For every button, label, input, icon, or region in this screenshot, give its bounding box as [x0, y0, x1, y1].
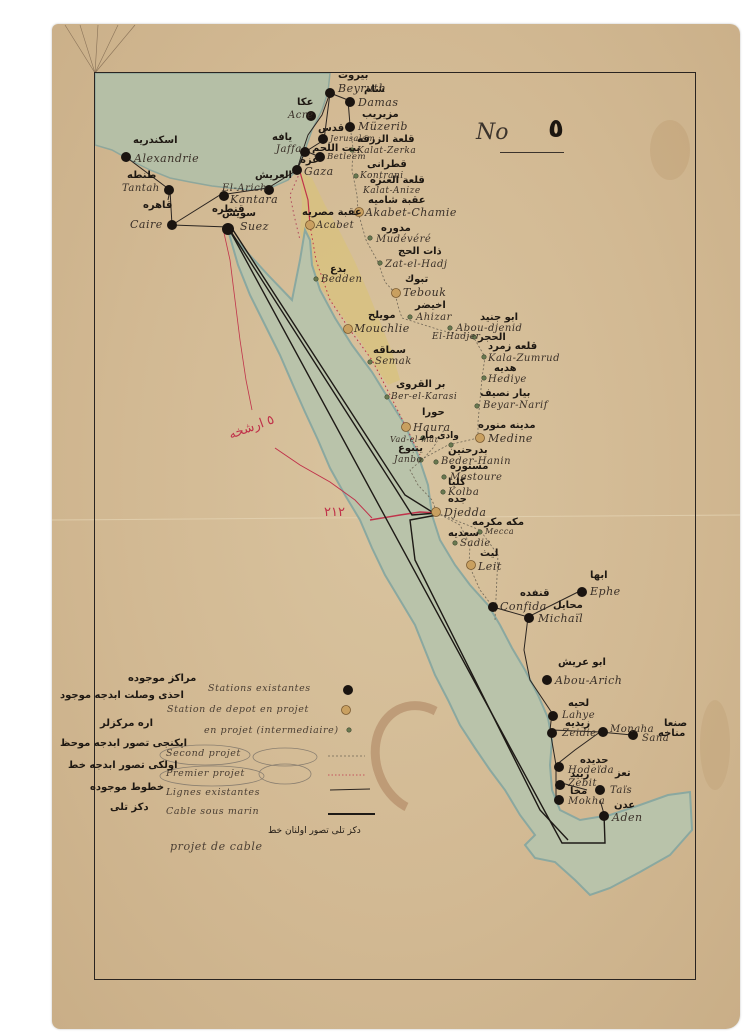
- legend-arabic-cable: دكز تلى: [110, 802, 149, 813]
- station-arabic-zeidie: زيديه: [565, 718, 590, 729]
- station-arabic-beyar-narif: بيار نصيف: [480, 388, 530, 399]
- station-arabic-sadie: سعديه: [448, 528, 479, 539]
- station-arabic-gaza: غزه: [300, 155, 319, 166]
- station-label-mecca: Mecca: [485, 527, 514, 536]
- station-label-janbo: Janbo: [394, 455, 422, 465]
- station-arabic-kalat-zerka: قلعة الزرقه: [357, 134, 415, 145]
- station-label-semak: Semak: [375, 356, 412, 367]
- station-arabic-acre: عكا: [297, 97, 313, 108]
- legend-arabic-intermediate: اره مركزلر: [100, 718, 153, 729]
- station-arabic-hodeida: حديده: [580, 755, 608, 766]
- legend-cable-project-arabic: دكز تلى تصور اولنان خط: [268, 826, 361, 836]
- station-arabic-confida: قنفده: [520, 588, 550, 599]
- station-arabic-kalat-anize: قلعة العنزه: [370, 175, 425, 186]
- station-arabic-djedda: جده: [448, 494, 467, 505]
- legend-submarine-cable: Cable sous marin: [166, 806, 259, 817]
- station-label-suez: Suez: [240, 220, 269, 233]
- station-label-acre: Acre: [288, 110, 314, 121]
- station-arabic-betleem: بيت اللحم: [312, 143, 360, 154]
- station-label-mokha: Mokha: [568, 796, 605, 807]
- station-label-caire: Caire: [130, 218, 163, 231]
- station-label-tebouk: Tebouk: [403, 286, 446, 299]
- station-label-damas: Damas: [358, 96, 399, 109]
- station-arabic-damas: شام: [364, 84, 385, 95]
- station-label-sana: Sana: [642, 733, 669, 744]
- station-arabic-tebouk: تبوك: [405, 274, 428, 285]
- station-label-abou-arich: Abou-Arich: [555, 674, 622, 687]
- station-label-zat-el-hadj: Zat-el-Hadj: [385, 259, 448, 270]
- station-arabic-jerusalem: قدس: [318, 123, 344, 134]
- station-label-tais: Taïs: [610, 785, 632, 796]
- station-label-el-hadjer: El-Hadjer: [432, 332, 480, 342]
- station-arabic-semak: سماقه: [373, 345, 406, 356]
- station-label-ber-el-karasi: Ber-el-Karasi: [391, 392, 457, 402]
- station-label-ahizar: Ahizar: [416, 312, 452, 323]
- station-arabic-suez: سويش: [222, 208, 256, 219]
- station-label-mudevere: Mudévéré: [376, 234, 431, 245]
- station-arabic-jaffa: يافه: [272, 132, 292, 143]
- station-label-beyar-narif: Beyar-Narif: [483, 400, 548, 411]
- sheet-number-value: ٥: [548, 114, 564, 144]
- station-label-leit: Leit: [478, 560, 502, 573]
- station-arabic-mouchlie: مويلح: [368, 310, 396, 321]
- station-arabic-kolba: كليا: [448, 477, 466, 488]
- station-arabic-muzerib: مزيريب: [362, 109, 399, 120]
- station-arabic-mudevere: مدوره: [381, 223, 411, 234]
- legend-arabic-lines: خطوط موجوده: [90, 782, 164, 793]
- station-arabic-alexandrie: اسكندريه: [133, 135, 178, 146]
- legend-first-project: Premier projet: [166, 768, 245, 779]
- station-arabic-vad-el-mar: وادى مار: [420, 431, 459, 441]
- station-arabic-abou-djenid: ابو جنيد: [480, 312, 518, 323]
- station-label-ephe: Ephe: [590, 585, 621, 598]
- station-arabic-michail: محايل: [553, 600, 583, 611]
- station-arabic-zat-el-hadj: ذات الحج: [398, 246, 442, 257]
- sheet-number-label: No: [476, 120, 509, 145]
- station-arabic-kontrani: قطرانی: [367, 159, 407, 170]
- station-arabic-acabet: عقبة مصريه: [302, 207, 362, 218]
- station-label-hediye: Hediye: [488, 374, 527, 385]
- legend-arabic-depot: احذى وصلت ابدجه موجود: [60, 690, 184, 701]
- legend-arabic-existing: مراكز موجوده: [128, 673, 196, 684]
- station-arabic-ephe: ابها: [590, 570, 608, 581]
- station-label-bedden: Bedden: [321, 274, 362, 285]
- station-arabic-mecca: مكه مكرمه: [472, 517, 524, 528]
- station-label-gaza: Gaza: [304, 165, 334, 178]
- station-arabic-akabet-chamie: عقبة شاميه: [368, 195, 426, 206]
- station-arabic-aden: عدن: [614, 800, 635, 811]
- station-arabic-mokha: مخا: [570, 786, 587, 797]
- station-arabic-hediye: هديه: [494, 363, 517, 374]
- station-arabic-beder-hanin: بدرحنين: [448, 445, 488, 456]
- station-arabic-beyruth: بيروت: [338, 70, 368, 81]
- station-label-acabet: Acabet: [316, 220, 354, 231]
- station-arabic-bedden: بدع: [330, 264, 346, 275]
- legend-depot-stations: Station de depot en projet: [167, 704, 309, 715]
- legend-existing-stations: Stations existantes: [208, 683, 311, 694]
- station-label-zeidie: Zeidie: [562, 728, 597, 739]
- legend-arabic-second: ايكنجى تصور ابدجه موحظ: [60, 738, 187, 749]
- station-label-muzerib: Müzerib: [358, 120, 408, 133]
- legend-second-project: Second projet: [166, 748, 241, 759]
- station-label-kalat-zerka: Kalat-Zerka: [357, 146, 416, 156]
- station-arabic-abou-arich: ابو عريش: [558, 657, 606, 668]
- station-arabic-ahizar: اخيضر: [415, 300, 446, 311]
- station-arabic-ber-el-karasi: بر القروى: [396, 379, 445, 390]
- station-arabic-kala-zumrud: قلعه زمرد: [488, 341, 537, 352]
- station-label-michail: Michaïl: [538, 612, 583, 625]
- station-label-mouchlie: Mouchlie: [354, 322, 410, 335]
- red-annotation-number: ٢١٢: [324, 505, 345, 520]
- station-label-tantah: Tantah: [122, 183, 160, 194]
- station-label-jaffa: Jaffa: [276, 144, 302, 155]
- legend-arabic-first: اولكى تصور ابدجه خط: [68, 760, 178, 771]
- sheet-number-underline: [500, 152, 564, 153]
- legend-existing-lines: Lignes existantes: [166, 787, 260, 798]
- station-arabic-leit: ليث: [480, 548, 498, 559]
- legend-cable-project: projet de cable: [170, 840, 263, 853]
- station-label-medine: Medine: [488, 432, 533, 445]
- station-arabic-haura: حورا: [422, 407, 445, 418]
- station-label-akabet-chamie: Akabet-Chamie: [365, 206, 457, 219]
- station-arabic-mestoure: مستوره: [450, 461, 488, 472]
- station-arabic-medine: مدينه منوره: [478, 420, 536, 431]
- corner-fold-lines: [65, 25, 135, 73]
- station-arabic-zebit: زبيد: [570, 769, 589, 780]
- station-arabic-sana: صنعا: [664, 718, 687, 729]
- station-arabic-tantah: طنطه: [127, 170, 156, 181]
- station-arabic-caire: قاهره: [143, 200, 172, 211]
- station-label-aden: Aden: [612, 811, 643, 824]
- station-arabic-janbo: ينبوع: [398, 443, 423, 454]
- station-label-alexandrie: Alexandrie: [134, 152, 199, 165]
- station-arabic-el-arich: العريش: [255, 170, 292, 181]
- legend-intermediate-stations: en projet (intermediaire): [204, 725, 339, 736]
- station-arabic-tais: تعز: [615, 768, 631, 779]
- station-arabic-lahye: لحيه: [568, 698, 589, 709]
